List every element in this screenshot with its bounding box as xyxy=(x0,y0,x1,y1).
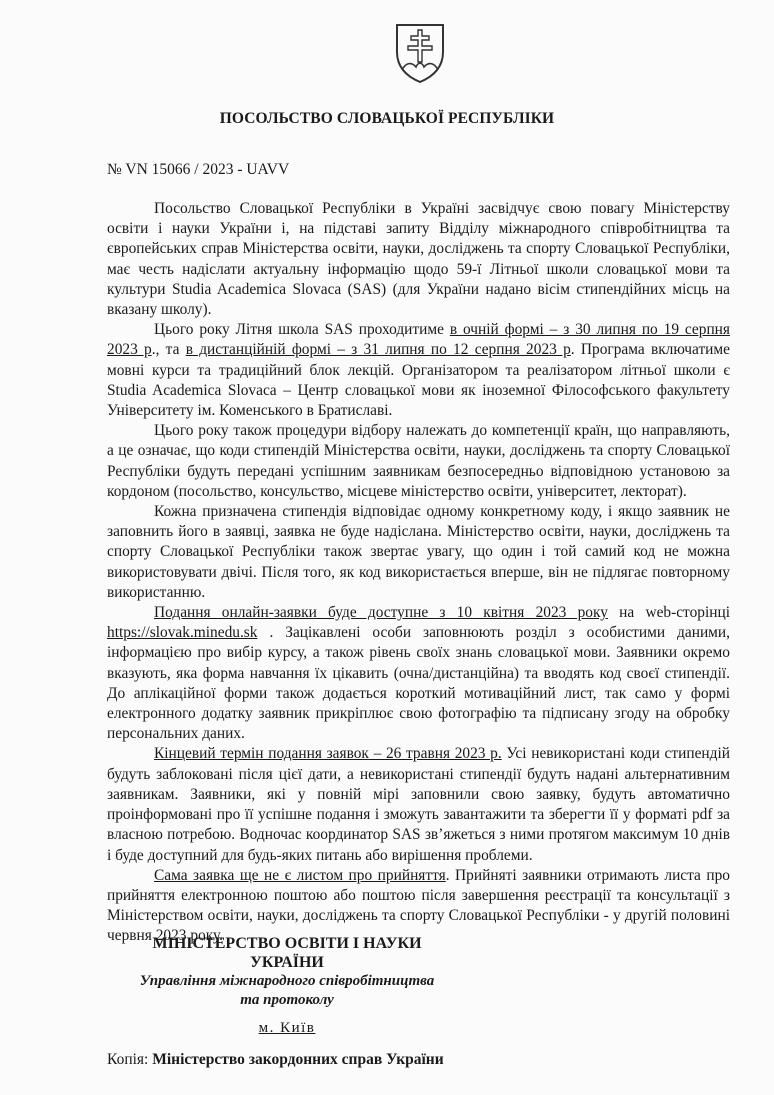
application-open-date: Подання онлайн-заявки буде доступне з 10… xyxy=(154,604,608,621)
paragraph-4: Кожна призначена стипендія відповідає од… xyxy=(107,502,730,603)
reference-number: № VN 15066 / 2023 - UAVV xyxy=(107,161,289,179)
letter-page: ПОСОЛЬСТВО СЛОВАЦЬКОЇ РЕСПУБЛІКИ № VN 15… xyxy=(0,0,774,1095)
city: м. Київ xyxy=(107,1020,467,1037)
text: Цього року Літня школа SAS проходитиме xyxy=(154,321,450,338)
text: на web-сторінці xyxy=(608,604,730,621)
online-dates: в дистанційній формі – з 31 липня по 12 … xyxy=(186,341,571,358)
paragraph-1: Посольство Словацької Республіки в Украї… xyxy=(107,199,730,320)
ministry-name-line2: УКРАЇНИ xyxy=(107,953,467,972)
text: . Зацікавлені особи заповнюють розділ з … xyxy=(107,624,730,742)
paragraph-2: Цього року Літня школа SAS проходитиме в… xyxy=(107,320,730,421)
department-line2: та протоколу xyxy=(107,991,467,1010)
copy-recipient: Копія: Міністерство закордонних справ Ук… xyxy=(107,1051,444,1069)
addressee-block: МІНІСТЕРСТВО ОСВІТИ І НАУКИ УКРАЇНИ Упра… xyxy=(107,934,467,1037)
not-acceptance-note: Сама заявка ще не є листом про прийняття xyxy=(154,867,446,884)
department-line1: Управління міжнародного співробітництва xyxy=(107,972,467,991)
slovak-coat-of-arms-icon xyxy=(394,22,446,84)
minedu-link[interactable]: https://slovak.minedu.sk xyxy=(107,624,258,641)
copy-label: Копія: xyxy=(107,1051,152,1068)
deadline: Кінцевий термін подання заявок – 26 трав… xyxy=(154,745,502,762)
embassy-title: ПОСОЛЬСТВО СЛОВАЦЬКОЇ РЕСПУБЛІКИ xyxy=(0,110,774,128)
paragraph-5: Подання онлайн-заявки буде доступне з 10… xyxy=(107,603,730,744)
text: ., та xyxy=(152,341,186,358)
copy-recipient-name: Міністерство закордонних справ України xyxy=(152,1051,443,1068)
text: Усі невикористані коди стипендій будуть … xyxy=(107,745,730,863)
paragraph-3: Цього року також процедури відбору належ… xyxy=(107,421,730,502)
letter-body: Посольство Словацької Республіки в Украї… xyxy=(107,199,730,947)
paragraph-6: Кінцевий термін подання заявок – 26 трав… xyxy=(107,744,730,865)
ministry-name-line1: МІНІСТЕРСТВО ОСВІТИ І НАУКИ xyxy=(107,934,467,953)
